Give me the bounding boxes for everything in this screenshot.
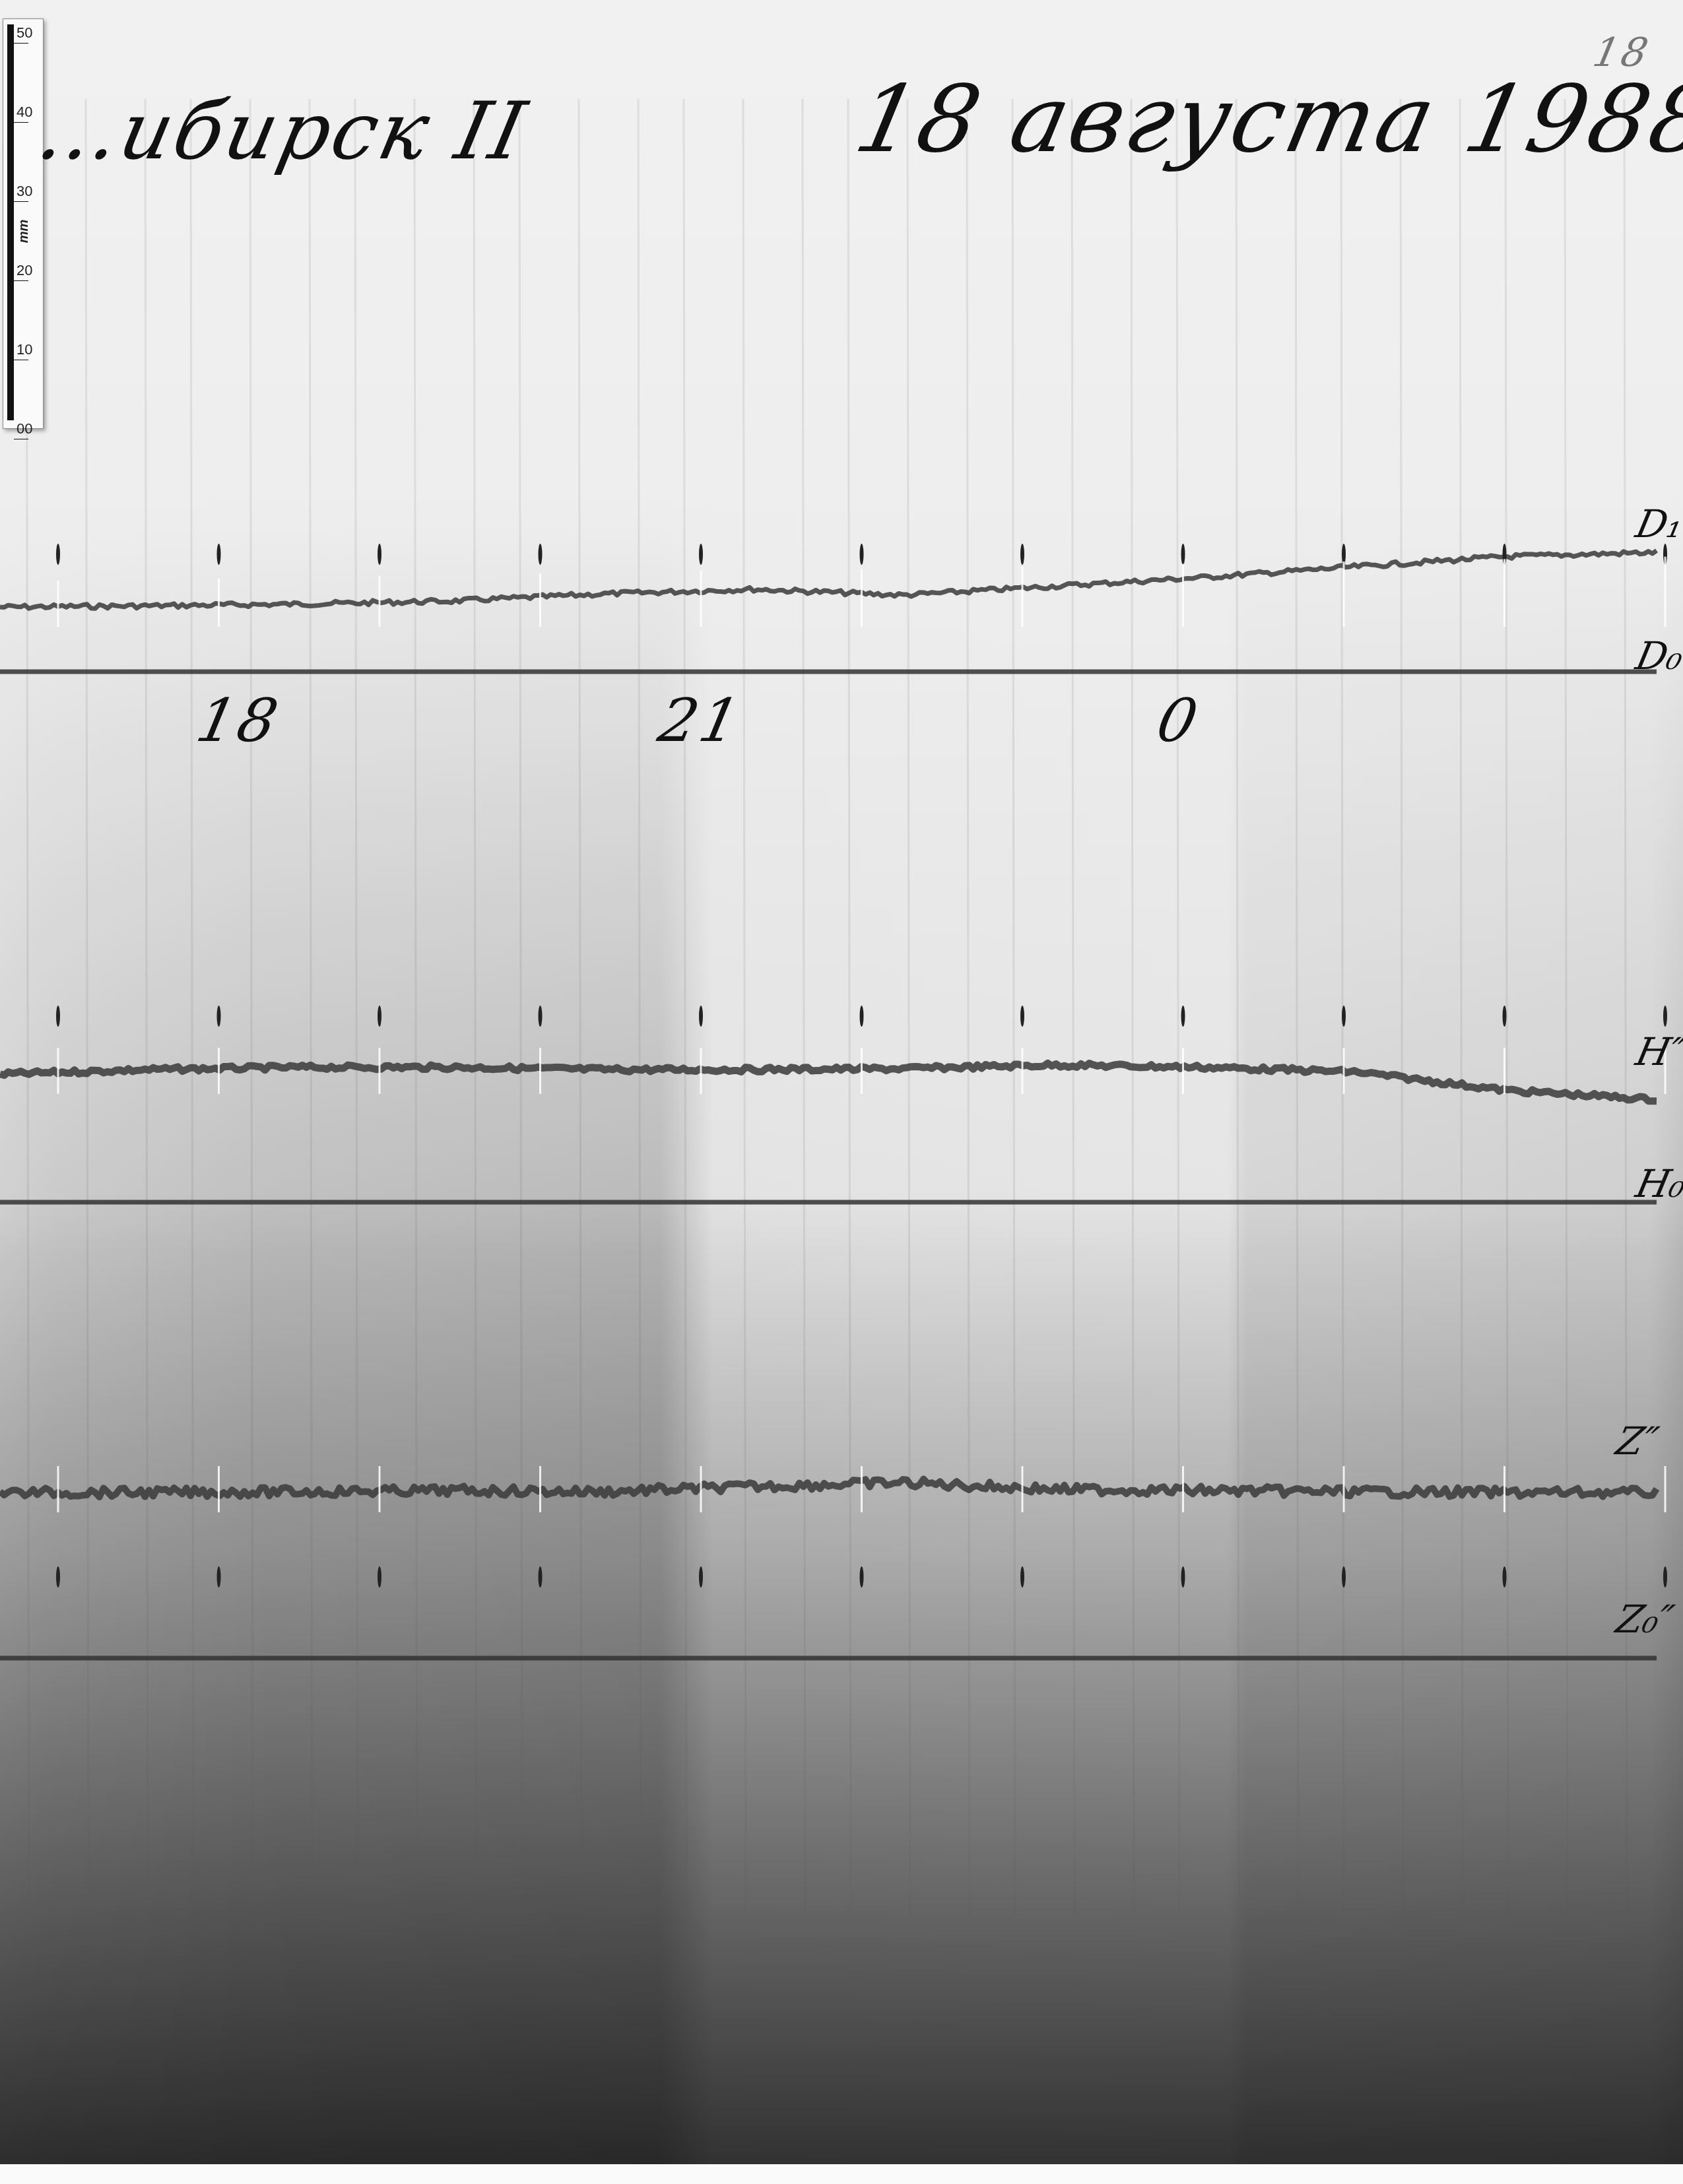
scale-unit: mm xyxy=(16,220,32,243)
trace-d xyxy=(0,550,1657,608)
station-name: …ибирск II xyxy=(30,86,535,177)
scale-tick-label: 40 xyxy=(16,104,32,121)
scale-tick xyxy=(14,122,28,123)
scale-tick-label: 30 xyxy=(16,183,32,200)
scale-tick xyxy=(14,280,28,281)
magnetogram-traces xyxy=(0,0,1683,2184)
scale-bar-black-strip xyxy=(7,24,14,420)
scale-tick xyxy=(14,43,28,44)
scale-tick-label: 50 xyxy=(16,24,32,42)
scale-tick xyxy=(14,439,28,439)
scale-tick-label: 20 xyxy=(16,262,32,279)
scale-tick xyxy=(14,201,28,202)
record-date: 18 августа 1988г xyxy=(847,66,1683,174)
scale-tick-label: 10 xyxy=(16,341,32,358)
label-d-trace: D₁′ xyxy=(1632,501,1683,546)
sheet-number: 18 xyxy=(1589,30,1655,76)
scale-bar: mm 504030201000 xyxy=(3,18,44,429)
hour-label-21: 21 xyxy=(653,686,748,755)
label-h-trace: H″ xyxy=(1632,1029,1683,1074)
scale-tick xyxy=(14,360,28,360)
trace-z xyxy=(0,1479,1657,1496)
label-h-baseline: H₀″ xyxy=(1632,1161,1683,1206)
scale-tick-label: 00 xyxy=(16,420,32,437)
label-d-baseline: D₀′ xyxy=(1632,633,1683,678)
hour-label-18: 18 xyxy=(191,686,286,755)
label-z-baseline: Z₀″ xyxy=(1612,1597,1678,1642)
trace-h xyxy=(0,1063,1657,1101)
